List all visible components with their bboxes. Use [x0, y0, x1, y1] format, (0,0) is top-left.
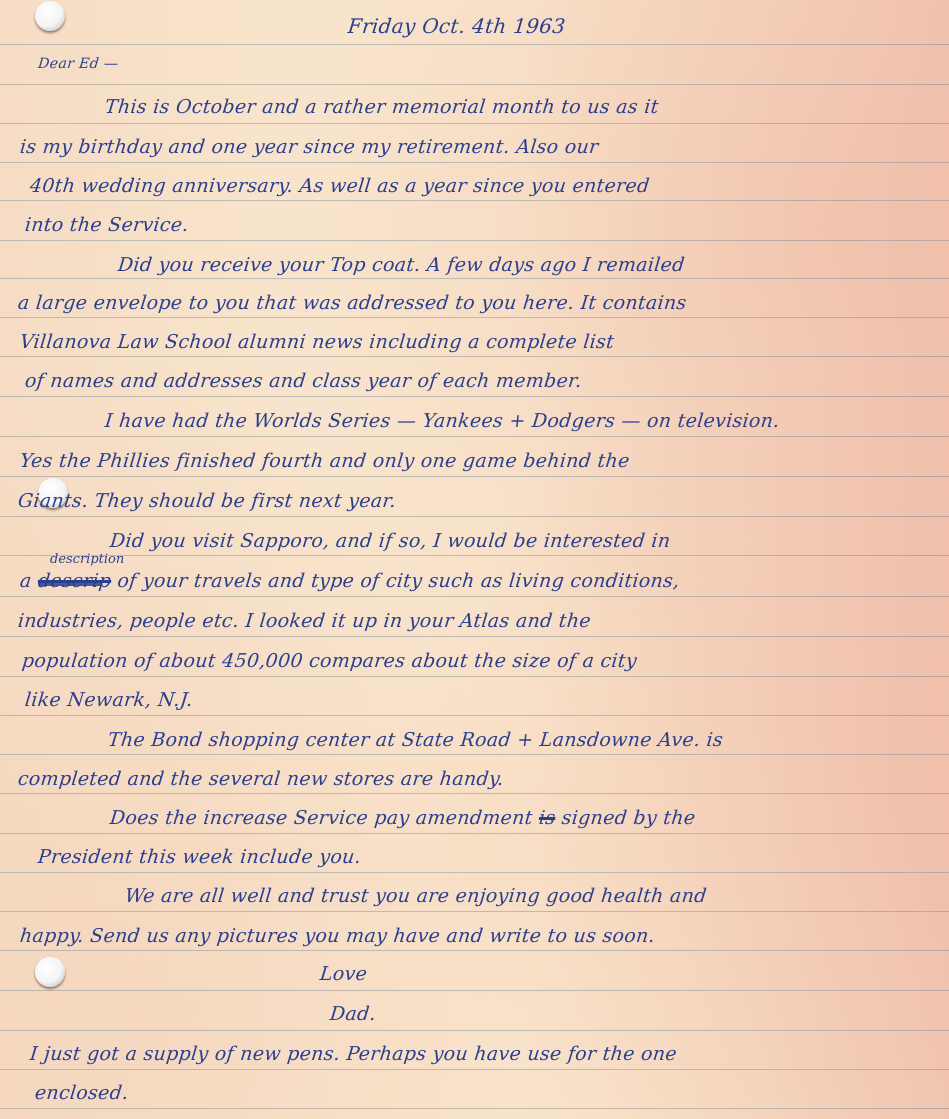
letter-line: This is October and a rather memorial mo…	[104, 96, 660, 118]
ruled-line	[0, 596, 949, 597]
ruled-line	[0, 317, 949, 318]
punch-hole	[35, 1, 65, 31]
ruled-line	[0, 1108, 949, 1109]
letter-line: population of about 450,000 compares abo…	[21, 650, 638, 672]
ruled-line	[0, 123, 949, 124]
letter-line: Did you visit Sapporo, and if so, I woul…	[109, 530, 672, 552]
letter-line: completed and the several new stores are…	[17, 768, 505, 790]
ruled-line	[0, 436, 949, 437]
letter-line: Villanova Law School alumni news includi…	[19, 331, 615, 353]
ruled-line	[0, 1030, 949, 1031]
ruled-line	[0, 754, 949, 755]
letter-line: a descrip of your travels and type of ci…	[19, 570, 681, 592]
signature: Dad.	[329, 1003, 377, 1025]
letter-line: a large envelope to you that was address…	[17, 292, 688, 314]
ruled-line	[0, 162, 949, 163]
ruled-line	[0, 84, 949, 85]
inserted-word: description	[50, 552, 124, 567]
letter-line: 40th wedding anniversary. As well as a y…	[29, 175, 651, 197]
ruled-line	[0, 676, 949, 677]
letter-line: Giants. They should be first next year.	[17, 490, 397, 512]
letter-paper: Friday Oct. 4th 1963 Dear Ed — This is O…	[0, 0, 949, 1119]
letter-line: industries, people etc. I looked it up i…	[17, 610, 592, 632]
letter-line: of names and addresses and class year of…	[24, 370, 583, 392]
ruled-line	[0, 396, 949, 397]
letter-line: The Bond shopping center at State Road +…	[107, 729, 724, 751]
letter-line: Did you receive your Top coat. A few day…	[117, 254, 686, 276]
punch-hole	[35, 957, 65, 987]
ruled-line	[0, 872, 949, 873]
ruled-line	[0, 833, 949, 834]
postscript-line: enclosed.	[34, 1082, 130, 1104]
ruled-line	[0, 555, 949, 556]
ruled-line	[0, 950, 949, 951]
letter-line: into the Service.	[24, 214, 190, 236]
ruled-line	[0, 990, 949, 991]
letter-line: Does the increase Service pay amendment …	[109, 807, 697, 829]
strikethrough-mark	[40, 583, 102, 586]
salutation: Dear Ed —	[37, 56, 119, 72]
letter-line: happy. Send us any pictures you may have…	[19, 925, 656, 947]
ruled-line	[0, 1069, 949, 1070]
ruled-line	[0, 636, 949, 637]
letter-line: I have had the Worlds Series — Yankees +…	[104, 410, 781, 432]
letter-line: Yes the Phillies finished fourth and onl…	[19, 450, 631, 472]
ruled-line	[0, 476, 949, 477]
letter-line: President this week include you.	[37, 846, 362, 868]
postscript-line: I just got a supply of new pens. Perhaps…	[29, 1043, 678, 1065]
ruled-line	[0, 793, 949, 794]
closing: Love	[319, 963, 369, 985]
letter-line: like Newark, N.J.	[24, 689, 194, 711]
ruled-line	[0, 44, 949, 45]
letter-line: is my birthday and one year since my ret…	[19, 136, 600, 158]
letter-date: Friday Oct. 4th 1963	[347, 14, 567, 38]
ruled-line	[0, 240, 949, 241]
ruled-line	[0, 911, 949, 912]
ruled-line	[0, 356, 949, 357]
ruled-line	[0, 715, 949, 716]
ruled-line	[0, 200, 949, 201]
letter-line: We are all well and trust you are enjoyi…	[124, 885, 708, 907]
ruled-line	[0, 516, 949, 517]
ruled-line	[0, 278, 949, 279]
